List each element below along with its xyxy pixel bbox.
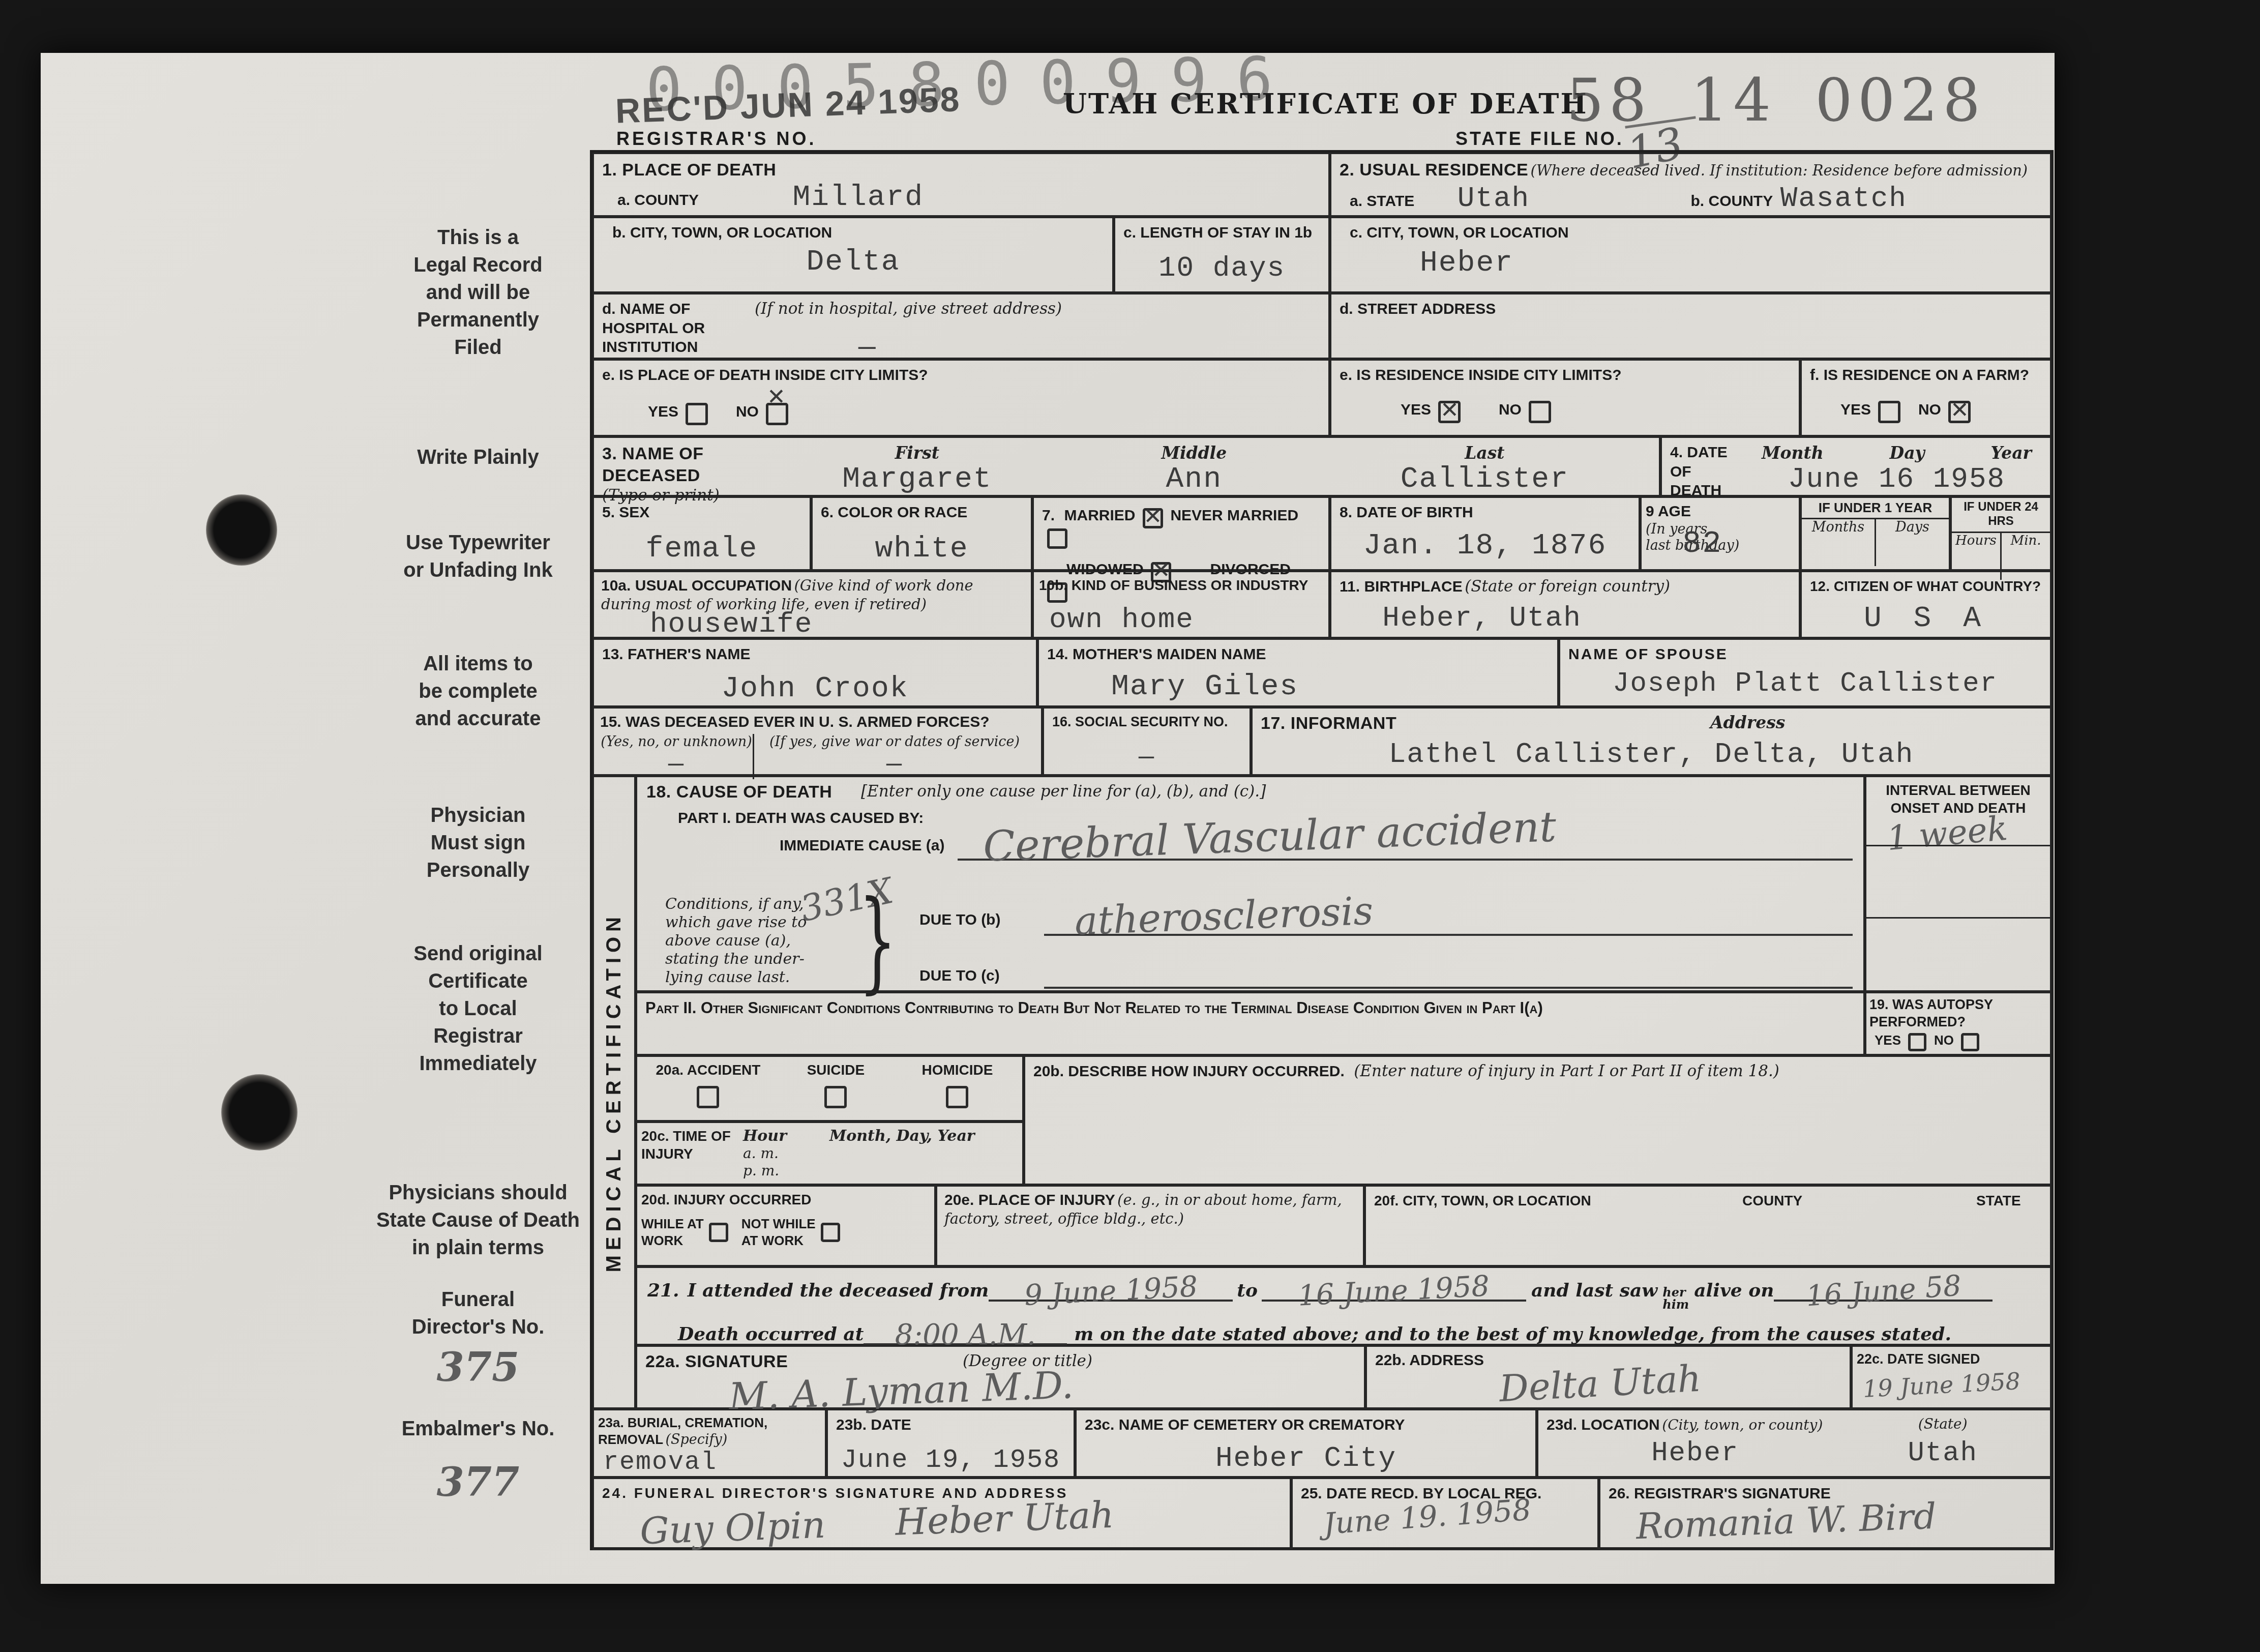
- field-burial-location: 23d. LOCATION (City, town, or county) He…: [1537, 1409, 2051, 1478]
- conditions-brace: }: [858, 877, 897, 1005]
- field-autopsy: 19. WAS AUTOPSY PERFORMED? YES NO: [1865, 992, 2051, 1055]
- month-header: Month: [1762, 443, 1824, 463]
- county-label: a. COUNTY: [617, 192, 699, 209]
- informant-label: 17. INFORMANT: [1261, 713, 1396, 734]
- name-of-deceased-title: 3. NAME OF DECEASED: [602, 444, 704, 485]
- field-residence-inside-city-limits: e. IS RESIDENCE INSIDE CITY LIMITS? YES …: [1330, 359, 1800, 436]
- physician-address-label: 22b. ADDRESS: [1375, 1352, 1484, 1369]
- field-physician-signature: 22a. SIGNATURE (Degree or title) M. A. L…: [636, 1345, 1365, 1409]
- death-city-limits-no-checkbox: [766, 403, 788, 425]
- field-injury-occurred: 20d. INJURY OCCURRED WHILE AT WORK NOT W…: [636, 1185, 936, 1266]
- field-date-received: 25. DATE RECD. BY LOCAL REG. June 19. 19…: [1291, 1478, 1599, 1550]
- last-saw-text: and last saw: [1531, 1280, 1657, 1301]
- informant-value: Lathel Callister, Delta, Utah: [1261, 738, 2042, 771]
- field-place-of-death: 1. PLACE OF DEATH a. COUNTY Millard: [592, 153, 1330, 217]
- field-injury-city: 20f. CITY, TOWN, OR LOCATION COUNTY STAT…: [1364, 1185, 2051, 1266]
- describe-injury-note: (Enter nature of injury in Part I or Par…: [1354, 1062, 1779, 1080]
- age-label: 9 AGE: [1646, 503, 1691, 520]
- scanned-death-certificate: This is a Legal Record and will be Perma…: [0, 0, 2260, 1652]
- cause-of-death-title: 18. CAUSE OF DEATH: [646, 781, 832, 803]
- occupation-label: 10a. USUAL OCCUPATION: [601, 577, 792, 594]
- yes-label: YES: [1875, 1032, 1901, 1048]
- medical-certification-strip: MEDICAL CERTIFICATION: [592, 776, 636, 1409]
- middle-name-value: Ann: [1069, 463, 1319, 496]
- last-alive-value: 16 June 58: [1805, 1274, 1961, 1309]
- field-sex: 5. SEX female: [592, 496, 811, 571]
- field-death-inside-city-limits: e. IS PLACE OF DEATH INSIDE CITY LIMITS?…: [592, 359, 1330, 436]
- citizen-value: U S A: [1810, 602, 2042, 635]
- place-of-death-title: 1. PLACE OF DEATH: [602, 160, 776, 180]
- field-if-under-24-hrs: IF UNDER 24 HRS Hours Min.: [1950, 496, 2051, 571]
- cemetery-label: 23c. NAME OF CEMETERY OR CREMATORY: [1085, 1417, 1405, 1433]
- armed-forces-value2: —: [754, 750, 1035, 779]
- business-label: 10b. KIND OF BUSINESS OR INDUSTRY: [1039, 577, 1308, 593]
- informant-address-header: Address: [1710, 713, 1785, 732]
- field-usual-occupation: 10a. USUAL OCCUPATION (Give kind of work…: [592, 571, 1032, 638]
- field-describe-injury: 20b. DESCRIBE HOW INJURY OCCURRED. (Ente…: [1024, 1055, 2051, 1185]
- days-header: Days: [1895, 519, 1929, 535]
- ampm-label: a. m. p. m.: [743, 1145, 779, 1179]
- mothers-name-label: 14. MOTHER'S MAIDEN NAME: [1047, 646, 1266, 663]
- injury-city-label: 20f. CITY, TOWN, OR LOCATION: [1374, 1193, 1591, 1208]
- death-city-label: b. CITY, TOWN, OR LOCATION: [612, 224, 832, 241]
- residence-city-label: c. CITY, TOWN, OR LOCATION: [1350, 224, 1569, 241]
- field-citizen-country: 12. CITIZEN OF WHAT COUNTRY? U S A: [1800, 571, 2051, 638]
- year-header: Year: [1991, 443, 2032, 463]
- field-social-security: 16. SOCIAL SECURITY NO. —: [1043, 707, 1251, 776]
- field-name-of-deceased: 3. NAME OF DECEASED (Type or print) Firs…: [592, 436, 1660, 496]
- cemetery-value: Heber City: [1085, 1442, 1527, 1474]
- residence-farm-label: f. IS RESIDENCE ON A FARM?: [1810, 367, 2029, 383]
- field-time-of-injury: 20c. TIME OF INJURY Hour a. m. p. m. Mon…: [636, 1122, 1024, 1185]
- interval-divider-2: [1866, 917, 2050, 919]
- hospital-note: (If not in hospital, give street address…: [755, 300, 1062, 357]
- autopsy-yes-checkbox: [1908, 1033, 1926, 1051]
- suicide-label: SUICIDE: [807, 1062, 865, 1078]
- field-interval-onset-death: INTERVAL BETWEEN ONSET AND DEATH 1 week: [1865, 776, 2051, 992]
- location-state-value: Utah: [1843, 1438, 2042, 1469]
- county-value: Millard: [792, 181, 924, 214]
- last-name-header: Last: [1465, 443, 1504, 463]
- item7-number: 7.: [1042, 507, 1055, 524]
- ssn-label: 16. SOCIAL SECURITY NO.: [1052, 714, 1228, 729]
- residence-county-value: Wasatch: [1780, 182, 1907, 215]
- due-to-c-label: DUE TO (c): [919, 966, 1000, 986]
- usual-residence-title: 2. USUAL RESIDENCE: [1340, 160, 1528, 180]
- birthplace-value: Heber, Utah: [1340, 602, 1624, 634]
- first-name-header: First: [895, 443, 939, 463]
- field-burial-date: 23b. DATE June 19, 1958: [826, 1409, 1075, 1478]
- hospital-label: d. NAME OF HOSPITAL OR INSTITUTION: [602, 300, 755, 357]
- occupation-value: housewife: [650, 608, 813, 640]
- interval-label: INTERVAL BETWEEN ONSET AND DEATH: [1866, 777, 2050, 817]
- punch-hole-bottom: [221, 1074, 298, 1150]
- yes-label: YES: [1401, 401, 1431, 418]
- spouse-value: Joseph Platt Callister: [1568, 668, 2042, 699]
- homicide-checkbox: [946, 1086, 968, 1108]
- injury-state-label: STATE: [1976, 1192, 2021, 1209]
- field-date-signed: 22c. DATE SIGNED 19 June 1958: [1851, 1345, 2051, 1409]
- embalmers-no-value: 377: [437, 1456, 520, 1509]
- fathers-name-value: John Crook: [602, 672, 1028, 705]
- field-if-under-1-year: IF UNDER 1 YEAR Months Days: [1800, 496, 1950, 571]
- no-label: NO: [736, 403, 759, 420]
- accident-label: ACCIDENT: [687, 1062, 761, 1078]
- field-registrar-signature: 26. REGISTRAR'S SIGNATURE Romania W. Bir…: [1599, 1478, 2051, 1550]
- injury-county-label: COUNTY: [1742, 1192, 1802, 1209]
- months-header: Months: [1812, 519, 1864, 535]
- field-mothers-maiden-name: 14. MOTHER'S MAIDEN NAME Mary Giles: [1037, 638, 1559, 707]
- cause-a-value: Cerebral Vascular accident: [983, 803, 1557, 871]
- funeral-director-signature-value: Guy Olpin Heber Utah: [639, 1493, 1115, 1552]
- never-married-checkbox: [1047, 528, 1067, 549]
- birthplace-label: 11. BIRTHPLACE: [1340, 578, 1463, 595]
- middle-name-header: Middle: [1161, 443, 1227, 463]
- length-of-stay-value: 10 days: [1123, 252, 1320, 284]
- sex-label: 5. SEX: [602, 504, 649, 521]
- item21-number: 21.: [647, 1280, 679, 1301]
- attended-to-line: 16 June 1958: [1262, 1275, 1526, 1302]
- field-armed-forces: 15. WAS DECEASED EVER IN U. S. ARMED FOR…: [592, 707, 1043, 776]
- autopsy-label: 19. WAS AUTOPSY PERFORMED?: [1869, 997, 1993, 1029]
- injury-occurred-label: 20d. INJURY OCCURRED: [641, 1192, 812, 1207]
- residence-state-label: a. STATE: [1350, 193, 1414, 210]
- date-signed-label: 22c. DATE SIGNED: [1857, 1351, 1980, 1367]
- field-date-of-death: 4. DATE OF DEATH Month Day Year June 16 …: [1660, 436, 2051, 496]
- yes-label: YES: [648, 403, 678, 420]
- field-hospital-name: d. NAME OF HOSPITAL OR INSTITUTION (If n…: [592, 293, 1330, 359]
- field-funeral-director-signature: 24. FUNERAL DIRECTOR'S SIGNATURE AND ADD…: [592, 1478, 1291, 1550]
- while-at-work-label: WHILE AT WORK: [641, 1216, 704, 1249]
- field-accident-suicide-homicide: 20a. ACCIDENT SUICIDE HOMICIDE: [636, 1055, 1024, 1122]
- registrars-no-label: REGISTRAR'S NO.: [616, 128, 817, 150]
- field-residence-on-farm: f. IS RESIDENCE ON A FARM? YES NO: [1800, 359, 2051, 436]
- race-value: white: [821, 533, 1023, 566]
- street-address-label: d. STREET ADDRESS: [1340, 301, 1496, 317]
- residence-city-limits-label: e. IS RESIDENCE INSIDE CITY LIMITS?: [1340, 367, 1622, 383]
- field-attended-statement: 21. I attended the deceased from 9 June …: [636, 1266, 2051, 1345]
- location-note: (City, town, or county): [1662, 1417, 1823, 1433]
- residence-county-label: b. COUNTY: [1691, 193, 1773, 210]
- date-of-death-value: June 16 1958: [1751, 463, 2042, 495]
- ssn-value: —: [1052, 743, 1241, 772]
- part2-label: Part II. Other Significant Conditions Co…: [645, 999, 1543, 1017]
- physician-address-value: Delta Utah: [1498, 1357, 1702, 1410]
- cause-c-line: [1044, 987, 1853, 989]
- item20a-number: 20a.: [656, 1062, 684, 1078]
- hours-header: Hours: [1955, 533, 1997, 548]
- describe-injury-label: 20b. DESCRIBE HOW INJURY OCCURRED.: [1033, 1063, 1345, 1080]
- death-city-limits-label: e. IS PLACE OF DEATH INSIDE CITY LIMITS?: [602, 367, 928, 383]
- date-of-birth-value: Jan. 18, 1876: [1340, 529, 1630, 563]
- death-city-limits-yes-checkbox: [686, 403, 708, 425]
- field-birthplace: 11. BIRTHPLACE (State or foreign country…: [1330, 571, 1800, 638]
- under-1-year-header: IF UNDER 1 YEAR: [1802, 500, 1949, 519]
- age-value: 82: [1682, 525, 1722, 562]
- burial-date-value: June 19, 1958: [836, 1445, 1065, 1475]
- medical-certification-label: MEDICAL CERTIFICATION: [603, 912, 626, 1273]
- autopsy-no-checkbox: [1961, 1033, 1979, 1051]
- field-color-or-race: 6. COLOR OR RACE white: [811, 496, 1032, 571]
- length-of-stay-label: c. LENGTH OF STAY IN 1b: [1123, 224, 1312, 241]
- date-of-birth-label: 8. DATE OF BIRTH: [1340, 504, 1473, 521]
- registrar-signature-value: Romania W. Bird: [1635, 1495, 1937, 1548]
- yes-label: YES: [1840, 401, 1871, 418]
- date-signed-value: 19 June 1958: [1862, 1367, 2021, 1403]
- residence-state-value: Utah: [1458, 182, 1530, 215]
- signature-label: 22a. SIGNATURE: [645, 1352, 788, 1371]
- armed-forces-note1: (Yes, no, or unknown): [601, 734, 752, 750]
- funeral-directors-no-value: 375: [437, 1341, 520, 1394]
- field-street-address: d. STREET ADDRESS: [1330, 293, 2051, 359]
- immediate-cause-label: IMMEDIATE CAUSE (a): [780, 836, 944, 855]
- business-value: own home: [1039, 603, 1323, 636]
- not-while-at-work-label: NOT WHILE AT WORK: [741, 1216, 816, 1249]
- race-label: 6. COLOR OR RACE: [821, 504, 967, 521]
- residence-city-value: Heber: [1340, 247, 1594, 280]
- field-physician-address: 22b. ADDRESS Delta Utah: [1365, 1345, 1851, 1409]
- homicide-label: HOMICIDE: [921, 1062, 993, 1078]
- no-label: NO: [1934, 1032, 1954, 1048]
- suicide-checkbox: [824, 1086, 847, 1108]
- death-hour-value: 8:00 A.M.: [895, 1323, 1036, 1347]
- due-to-b-label: DUE TO (b): [919, 910, 1000, 930]
- attended-to-value: 16 June 1958: [1297, 1274, 1490, 1308]
- sex-value: female: [602, 533, 801, 566]
- attended-text: I attended the deceased from: [688, 1280, 989, 1301]
- min-header: Min.: [2011, 533, 2041, 548]
- state-file-no-label: STATE FILE NO.: [1455, 128, 1624, 150]
- while-at-work-checkbox: [709, 1223, 728, 1242]
- no-label: NO: [1499, 401, 1522, 418]
- day-header: Day: [1890, 443, 1925, 463]
- to-text: to: [1237, 1280, 1258, 1301]
- time-of-injury-label: 20c. TIME OF INJURY: [641, 1127, 743, 1179]
- field-part2-conditions: Part II. Other Significant Conditions Co…: [636, 992, 1865, 1055]
- usual-residence-note: (Where deceased lived. If institution: R…: [1531, 162, 2028, 179]
- field-place-of-injury: 20e. PLACE OF INJURY (e. g., in or about…: [936, 1185, 1364, 1266]
- field-name-of-spouse: NAME OF SPOUSE Joseph Platt Callister: [1559, 638, 2051, 707]
- last-alive-line: 16 June 58: [1774, 1275, 1993, 1302]
- not-while-at-work-checkbox: [821, 1223, 840, 1242]
- form-title: UTAH CERTIFICATE OF DEATH: [1063, 87, 1588, 120]
- no-label: NO: [1918, 401, 1941, 418]
- residence-farm-no-checkbox: [1948, 401, 1971, 423]
- interval-divider-1: [1866, 845, 2050, 846]
- residence-city-limits-yes-checkbox: [1438, 401, 1461, 423]
- attended-from-line: 9 June 1958: [989, 1275, 1233, 1302]
- alive-on-text: alive on: [1694, 1280, 1774, 1301]
- field-informant: 17. INFORMANT Address Lathel Callister, …: [1251, 707, 2051, 776]
- field-burial-removal: 23a. BURIAL, CREMATION, REMOVAL (Specify…: [592, 1409, 826, 1478]
- citizen-label: 12. CITIZEN OF WHAT COUNTRY?: [1810, 578, 2041, 594]
- married-checkbox: [1143, 508, 1163, 528]
- spouse-label: NAME OF SPOUSE: [1568, 646, 1728, 663]
- under-24-hrs-header: IF UNDER 24 HRS: [1952, 500, 2050, 533]
- place-of-injury-label: 20e. PLACE OF INJURY: [944, 1192, 1115, 1208]
- date-of-death-title: 4. DATE OF DEATH: [1670, 443, 1751, 500]
- burial-note: (Specify): [666, 1432, 728, 1448]
- birthplace-note: (State or foreign country): [1465, 577, 1670, 596]
- fathers-name-label: 13. FATHER'S NAME: [602, 646, 751, 663]
- death-city-value: Delta: [602, 246, 1104, 279]
- conditions-note: Conditions, if any, which gave rise to a…: [665, 895, 807, 987]
- death-occurred-text: Death occurred at: [678, 1323, 864, 1345]
- last-name-value: Callister: [1319, 463, 1651, 496]
- field-length-of-stay: c. LENGTH OF STAY IN 1b 10 days: [1114, 217, 1330, 293]
- residence-farm-yes-checkbox: [1878, 401, 1900, 423]
- burial-date-label: 23b. DATE: [836, 1417, 911, 1433]
- field-marital-status: 7. MARRIED NEVER MARRIED WIDOWED DIVORCE…: [1032, 496, 1330, 571]
- location-value: Heber: [1547, 1438, 1843, 1469]
- field-residence-city: c. CITY, TOWN, OR LOCATION Heber: [1330, 217, 2051, 293]
- first-name-value: Margaret: [765, 463, 1069, 496]
- death-hour-line: 8:00 A.M.: [864, 1319, 1067, 1345]
- statement-tail-text: m on the date stated above; and to the b…: [1074, 1323, 1951, 1345]
- armed-forces-label: 15. WAS DECEASED EVER IN U. S. ARMED FOR…: [600, 714, 990, 730]
- part1-label: PART I. DEATH WAS CAUSED BY:: [678, 809, 924, 828]
- field-cemetery-name: 23c. NAME OF CEMETERY OR CREMATORY Heber…: [1075, 1409, 1537, 1478]
- married-label: MARRIED: [1064, 507, 1135, 524]
- field-business-industry: 10b. KIND OF BUSINESS OR INDUSTRY own ho…: [1032, 571, 1330, 638]
- never-married-label: NEVER MARRIED: [1170, 507, 1298, 524]
- location-state-note: (State): [1918, 1415, 1968, 1432]
- field-age: 9 AGE (In years last birthday) 82: [1640, 496, 1800, 571]
- armed-forces-note2: (If yes, give war or dates of service): [769, 734, 1020, 750]
- month-day-year-header: Month, Day, Year: [829, 1127, 975, 1179]
- field-death-city: b. CITY, TOWN, OR LOCATION Delta: [592, 217, 1114, 293]
- cause-of-death-note: [Enter only one cause per line for (a), …: [861, 782, 1266, 801]
- accident-checkbox: [697, 1086, 719, 1108]
- hour-header: Hour: [743, 1127, 787, 1145]
- residence-city-limits-no-checkbox: [1529, 401, 1551, 423]
- location-label: 23d. LOCATION: [1547, 1417, 1660, 1433]
- her-him-text: her him: [1662, 1286, 1689, 1311]
- registrar-signature-label: 26. REGISTRAR'S SIGNATURE: [1609, 1485, 1831, 1502]
- field-usual-residence: 2. USUAL RESIDENCE (Where deceased lived…: [1330, 153, 2051, 217]
- field-cause-of-death: 18. CAUSE OF DEATH [Enter only one cause…: [636, 776, 1865, 992]
- field-fathers-name: 13. FATHER'S NAME John Crook: [592, 638, 1037, 707]
- armed-forces-value1: —: [600, 750, 753, 779]
- mothers-name-value: Mary Giles: [1047, 670, 1362, 703]
- punch-hole-top: [206, 494, 277, 566]
- burial-value: removal: [598, 1448, 821, 1477]
- field-date-of-birth: 8. DATE OF BIRTH Jan. 18, 1876: [1330, 496, 1640, 571]
- attended-from-value: 9 June 1958: [1024, 1275, 1198, 1308]
